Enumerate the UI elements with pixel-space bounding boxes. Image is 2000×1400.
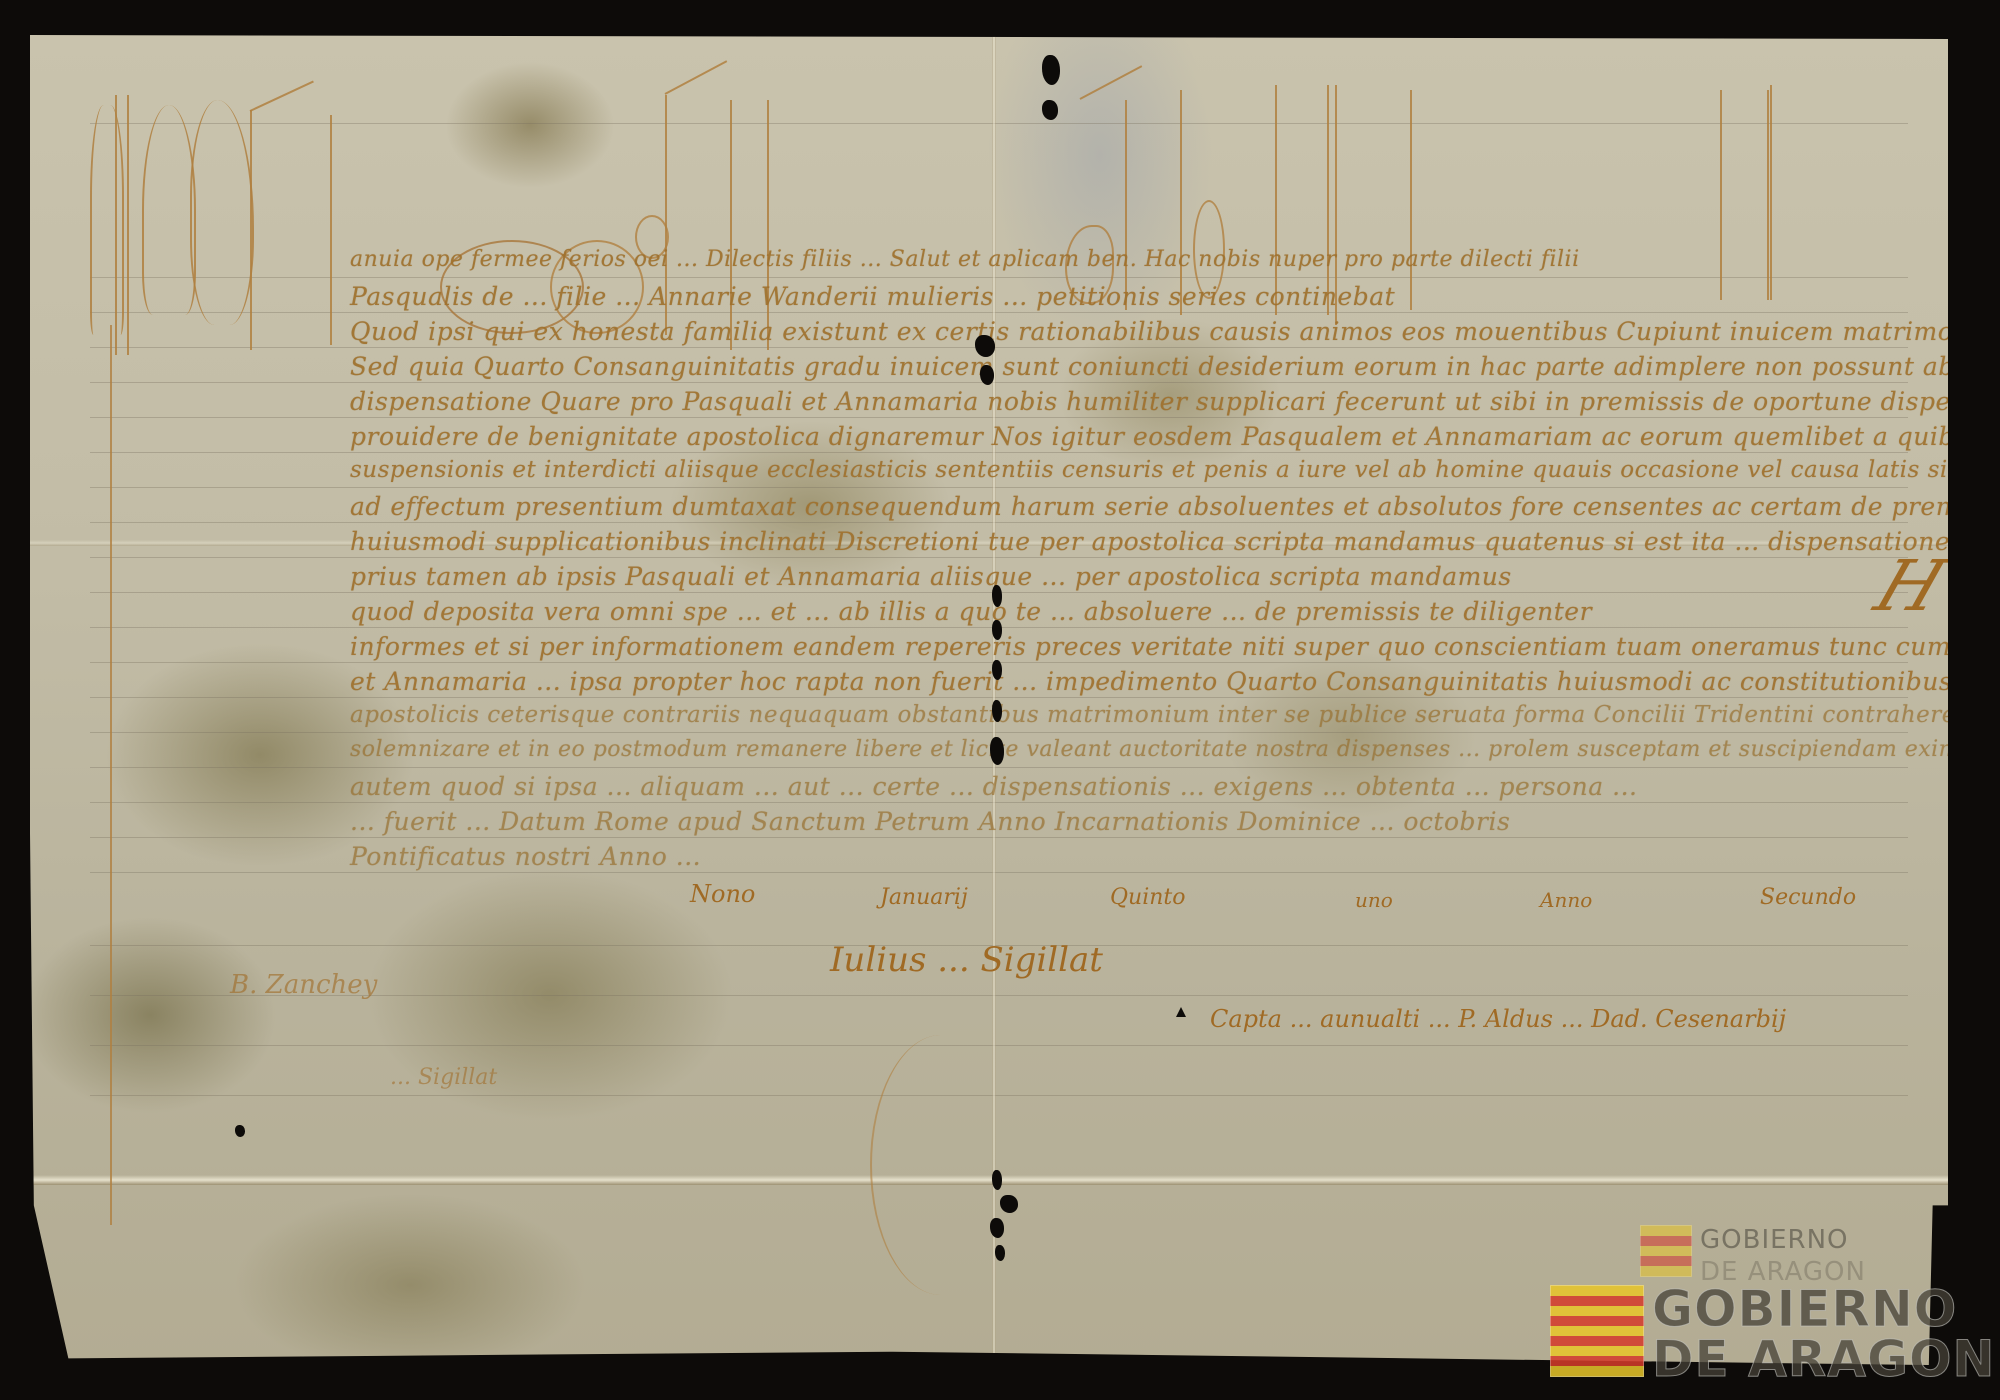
ruling-line (90, 697, 1908, 698)
damage-hole (980, 365, 994, 385)
damage-hole (1000, 1195, 1018, 1213)
ruling-line (90, 417, 1908, 418)
registry-note: Capta ... aunualti ... P. Aldus ... Dad.… (1210, 1005, 1786, 1033)
damage-hole (1042, 55, 1060, 85)
damage-hole (992, 660, 1002, 680)
dating-word: Secundo (1760, 885, 1856, 910)
dating-word: Anno (1540, 888, 1592, 912)
ruling-line (90, 452, 1908, 453)
aragon-flag-icon (1550, 1285, 1644, 1377)
dating-word: Quinto (1110, 885, 1186, 910)
watermark-text-small-1: GOBIERNO (1700, 1225, 1849, 1255)
flourish-stroke (870, 1035, 1012, 1295)
ruling-line (90, 837, 1908, 838)
ruling-line (90, 487, 1908, 488)
text-line: ad effectum presentium dumtaxat conseque… (350, 492, 2000, 521)
signature-left-1: B. Zanchey (230, 970, 377, 1000)
damage-hole (992, 700, 1002, 722)
damage-hole (990, 737, 1004, 765)
parchment-document: anuia ope fermee ferios oei ... Dilectis… (30, 35, 1948, 1365)
text-line: Quod ipsi qui ex honesta familia existun… (350, 317, 2000, 346)
ruling-line (90, 347, 1908, 348)
text-line: informes et si per informationem eandem … (350, 632, 2000, 661)
damage-hole (995, 1245, 1005, 1261)
damage-hole (1042, 100, 1058, 120)
ruling-line (90, 557, 1908, 558)
text-line: prouidere de benignitate apostolica dign… (350, 422, 2000, 451)
damage-hole (992, 620, 1002, 640)
ruling-line (90, 732, 1908, 733)
gobierno-de-aragon-watermark: GOBIERNO DE ARAGON GOBIERNO DE ARAGON (1550, 1285, 1950, 1400)
text-line: prius tamen ab ipsis Pasquali et Annamar… (350, 562, 1512, 591)
ruling-line (90, 123, 1908, 124)
ruling-line (90, 277, 1908, 278)
damage-hole (992, 1170, 1002, 1190)
dating-word: uno (1355, 888, 1393, 912)
text-line: apostolicis ceterisque contrariis nequaq… (350, 702, 2000, 728)
text-line: autem quod si ipsa ... aliquam ... aut .… (350, 772, 1637, 801)
text-line: quod deposita vera omni spe ... et ... a… (350, 597, 1592, 626)
ruling-line (90, 802, 1908, 803)
dating-word: Januarij (880, 885, 968, 910)
text-line: dispensatione Quare pro Pasquali et Anna… (350, 387, 2000, 416)
text-line: huiusmodi supplicationibus inclinati Dis… (350, 527, 1974, 556)
dating-word: Nono (690, 880, 755, 908)
text-line: solemnizare et in eo postmodum remanere … (350, 737, 2000, 762)
signature-center: Iulius ... Sigillat (830, 940, 1103, 980)
text-line: anuia ope fermee ferios oei ... Dilectis… (350, 247, 1580, 272)
damage-hole (975, 335, 995, 357)
signature-left-2: ... Sigillat (390, 1065, 497, 1090)
text-line: suspensionis et interdicti aliisque eccl… (350, 457, 2000, 483)
damage-hole (990, 1218, 1004, 1238)
watermark-text-2: DE ARAGON (1652, 1330, 1995, 1388)
ruling-line (90, 767, 1908, 768)
damage-hole (235, 1125, 245, 1137)
ruling-line (90, 312, 1908, 313)
text-line: Sed quia Quarto Consanguinitatis gradu i… (350, 352, 2000, 381)
text-line: Pontificatus nostri Anno ... (350, 842, 701, 871)
ruling-line (90, 522, 1908, 523)
text-line: et Annamaria ... ipsa propter hoc rapta … (350, 667, 2000, 696)
text-line: Pasqualis de ... filie ... Annarie Wande… (350, 282, 1395, 311)
text-line: ... fuerit ... Datum Rome apud Sanctum P… (350, 807, 1510, 836)
ruling-line (90, 382, 1908, 383)
aragon-flag-small-icon (1640, 1225, 1692, 1277)
ruling-line (90, 872, 1908, 873)
damage-hole (992, 585, 1002, 607)
